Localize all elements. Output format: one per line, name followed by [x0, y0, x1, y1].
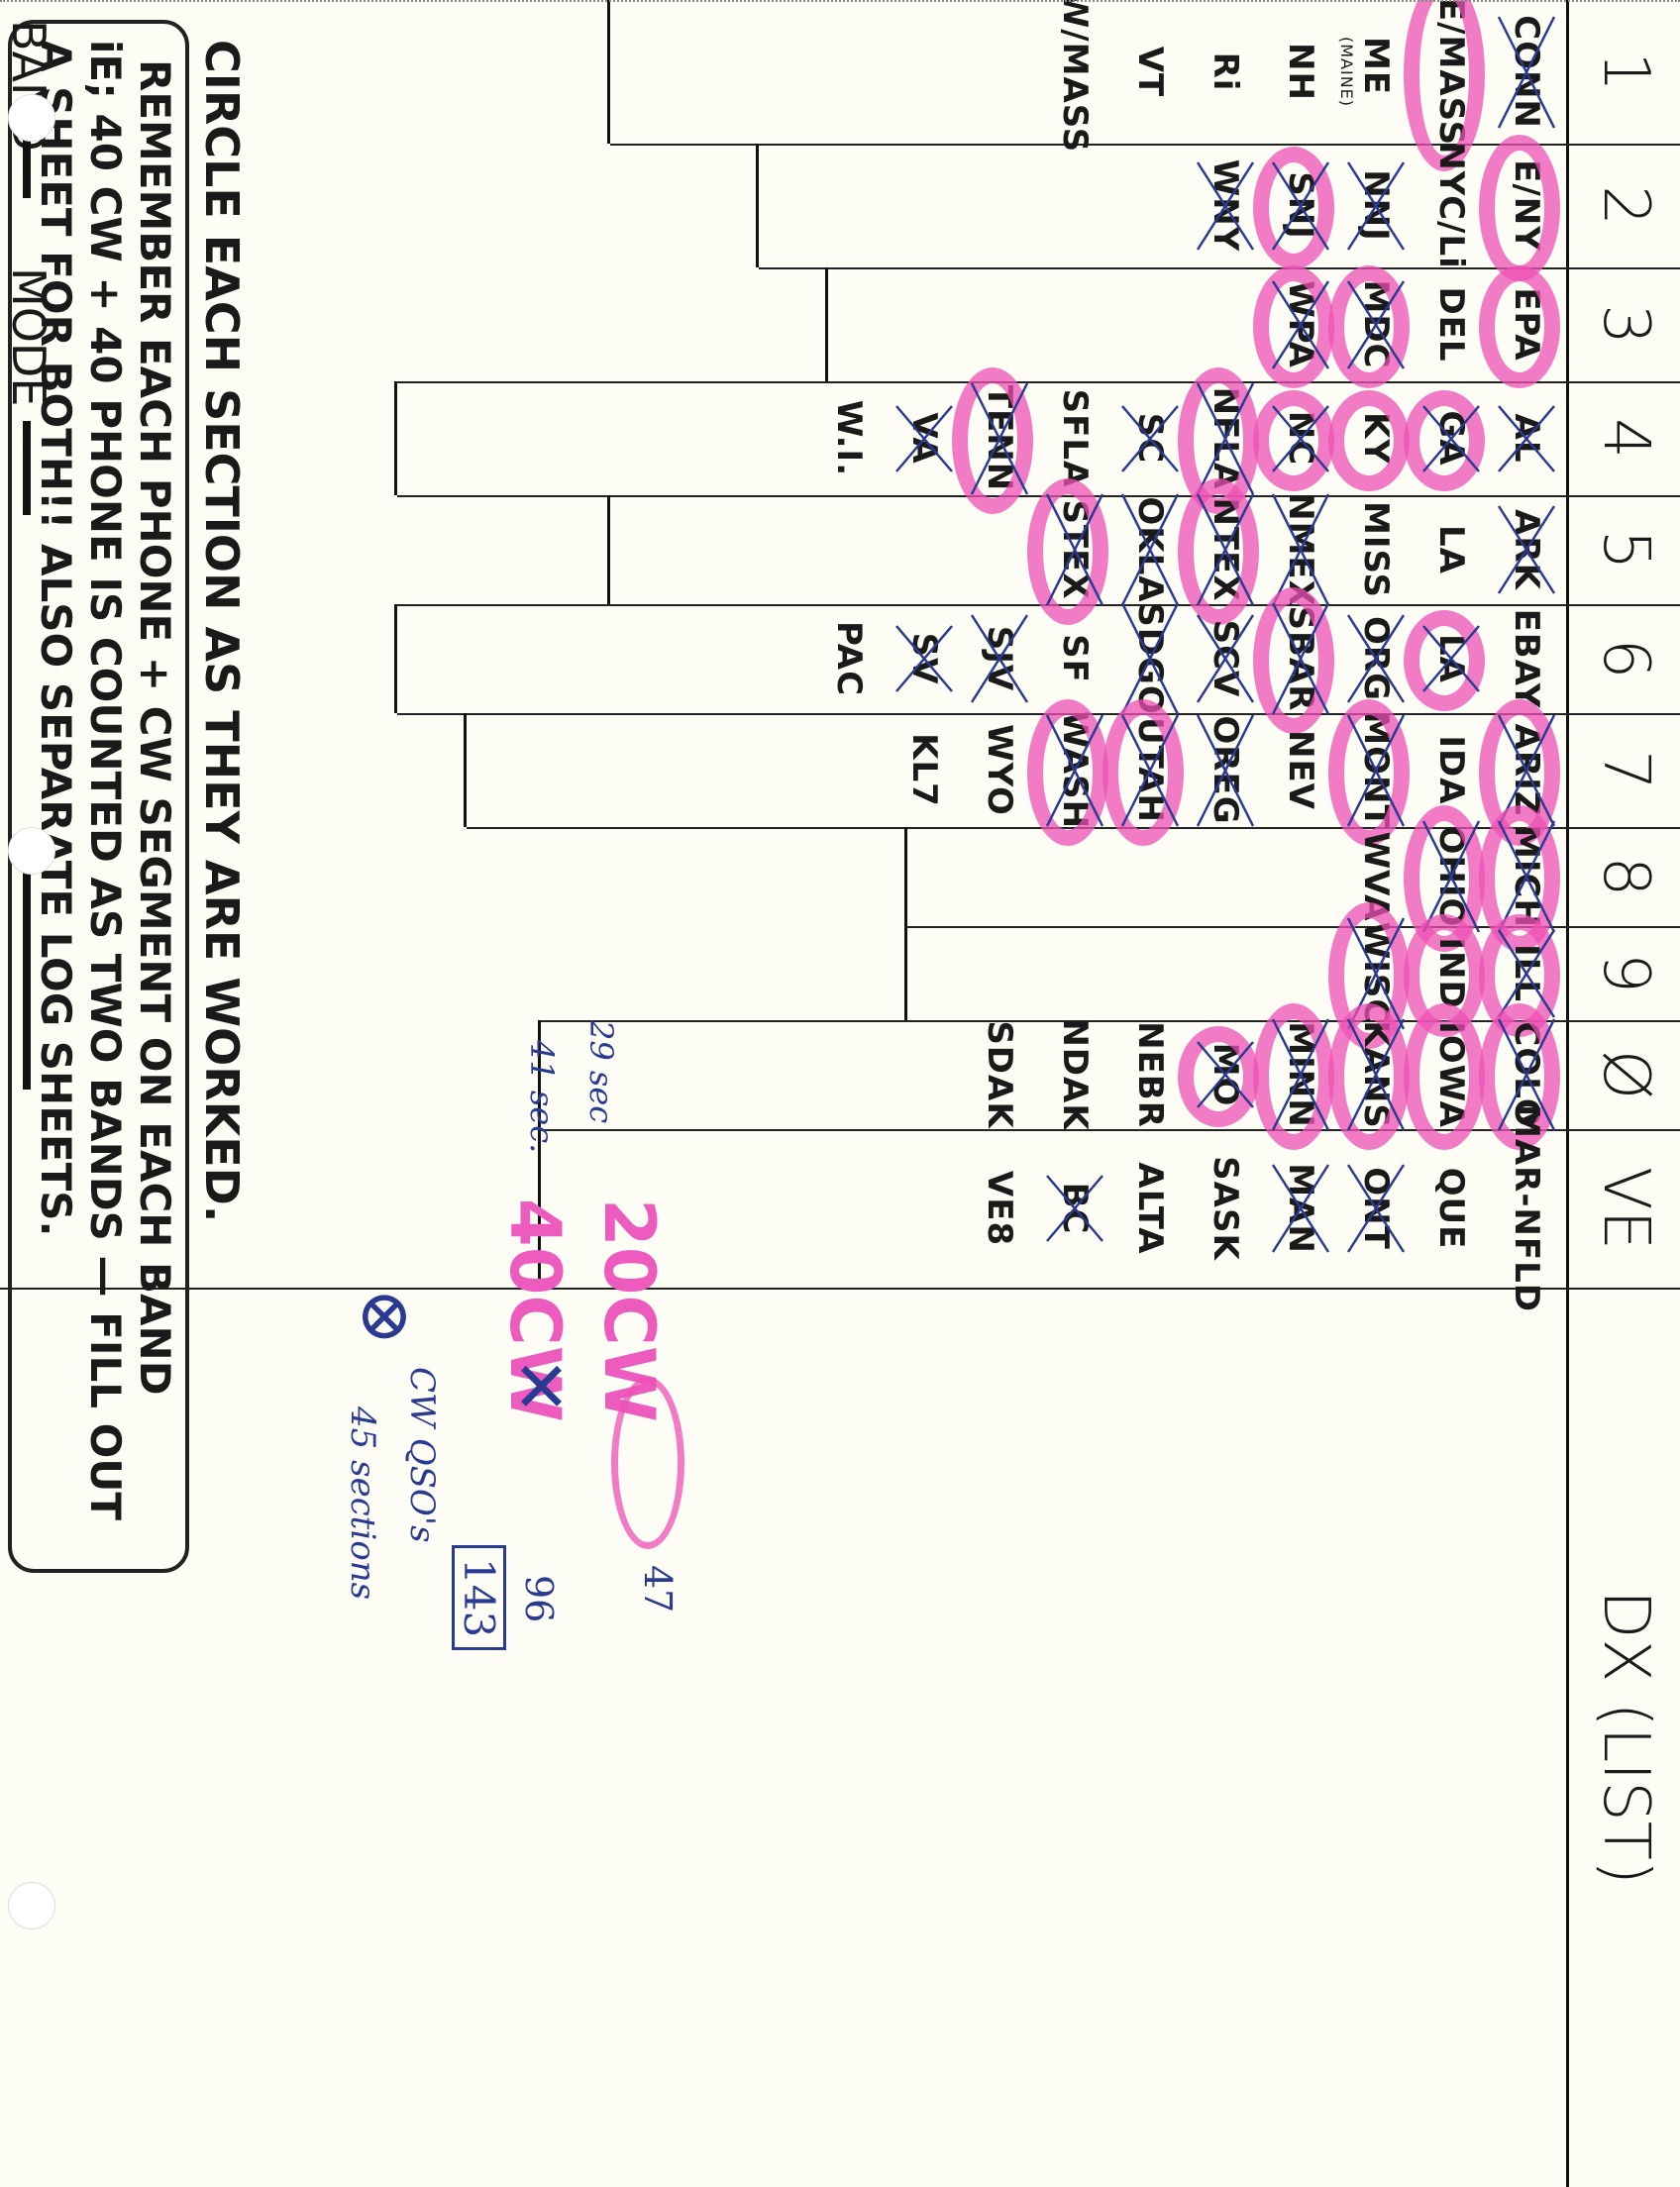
column-header: 2	[1589, 144, 1662, 267]
section-sdak[interactable]: SDAK	[980, 1020, 1019, 1128]
column-divider	[907, 926, 1680, 928]
section-vt[interactable]: VT	[1130, 47, 1170, 98]
column-divider	[397, 713, 1680, 715]
section-kans[interactable]: KANS	[1356, 1020, 1396, 1129]
column-bottom	[394, 381, 397, 495]
section-ndak[interactable]: NDAK	[1055, 1018, 1095, 1130]
section-okla[interactable]: OKLA	[1130, 496, 1170, 602]
section-ohio[interactable]: OHIO	[1431, 826, 1471, 928]
column-header: 4	[1589, 381, 1662, 495]
cw-qsos-label: CW QSO's	[402, 1367, 442, 1543]
section-sv[interactable]: SV	[904, 633, 944, 685]
section-ri[interactable]: Ri	[1206, 52, 1245, 92]
section-wmass[interactable]: W/MASS	[1055, 0, 1095, 153]
section-tenn[interactable]: TENN	[980, 385, 1019, 491]
column-header: 6	[1589, 604, 1662, 713]
reminder-line-3: A SHEET FOR BOTH!! ALSO SEPARATE LOG SHE…	[32, 40, 80, 1236]
section-sbar[interactable]: SBAR	[1281, 606, 1320, 712]
checklist-sheet: 1CONNE/MASSME(MAINE)NHRiVTW/MASS2E/NYNYC…	[0, 0, 1680, 2187]
time-note-41: 41 sec.	[523, 1040, 561, 1153]
left-margin-line	[0, 0, 1680, 2]
section-miss[interactable]: MISS	[1356, 501, 1396, 598]
section-mo[interactable]: MO	[1206, 1043, 1245, 1107]
column-header: 5	[1589, 495, 1662, 604]
section-stex[interactable]: STEX	[1055, 499, 1095, 599]
column-header: 8	[1589, 827, 1662, 926]
section-oreg[interactable]: OREG	[1206, 715, 1245, 824]
column-bottom	[825, 267, 828, 381]
section-ida[interactable]: IDA	[1431, 735, 1471, 804]
section-org[interactable]: ORG	[1356, 616, 1396, 701]
column-bottom	[607, 0, 610, 144]
section-wash[interactable]: WASH	[1055, 711, 1095, 829]
section-que[interactable]: QUE	[1431, 1168, 1471, 1250]
section-kl7[interactable]: KL7	[904, 733, 944, 807]
column-bottom	[904, 926, 907, 1020]
section-nmex[interactable]: NMEX	[1281, 492, 1320, 607]
section-ga[interactable]: GA	[1431, 410, 1471, 466]
total-box: 143	[452, 1545, 506, 1650]
section-scv[interactable]: SCV	[1206, 620, 1245, 698]
column-divider	[397, 381, 1680, 383]
column-divider	[397, 495, 1680, 497]
section-mich[interactable]: MICH	[1507, 825, 1546, 928]
column-divider	[397, 604, 1680, 606]
section-la[interactable]: LA	[1431, 525, 1471, 574]
column-bottom	[464, 713, 467, 827]
column-header: 3	[1589, 267, 1662, 381]
section-sfla[interactable]: SFLA	[1055, 389, 1095, 488]
section-sdgo[interactable]: SDGO	[1130, 602, 1170, 715]
count-96: 96	[517, 1575, 561, 1622]
extra-blank	[23, 842, 31, 1090]
section-sjv[interactable]: SJV	[980, 626, 1019, 691]
section-del[interactable]: DEL	[1431, 286, 1471, 362]
section-emass[interactable]: E/MASS	[1431, 0, 1471, 146]
section-iowa[interactable]: IOWA	[1431, 1021, 1471, 1128]
section-epa[interactable]: EPA	[1507, 287, 1546, 361]
section-mdc[interactable]: MDC	[1356, 279, 1396, 368]
column-header: 9	[1589, 926, 1662, 1020]
section-wyo[interactable]: WYO	[980, 724, 1019, 816]
section-ill[interactable]: ILL	[1507, 944, 1546, 1002]
column-divider	[610, 144, 1680, 146]
section-nh[interactable]: NH	[1281, 43, 1320, 101]
section-conn[interactable]: CONN	[1507, 15, 1546, 129]
section-ark[interactable]: ARK	[1507, 509, 1546, 590]
column-header: Ø	[1589, 1020, 1662, 1129]
column-header: 7	[1589, 713, 1662, 827]
section-al[interactable]: AL	[1507, 414, 1546, 464]
time-note-29: 29 sec	[582, 1020, 620, 1123]
mode-label: MODE	[2, 267, 55, 406]
column-header: 1	[1589, 0, 1662, 144]
section-man[interactable]: MAN	[1281, 1163, 1320, 1254]
section-minn[interactable]: MINN	[1281, 1021, 1320, 1127]
section-wisc[interactable]: WISC	[1356, 922, 1396, 1025]
section-nycli[interactable]: NYC/Li	[1431, 142, 1471, 269]
section-nc[interactable]: NC	[1281, 411, 1320, 466]
section-wny[interactable]: WNY	[1206, 159, 1245, 253]
section-nfla[interactable]: NFLA	[1206, 387, 1245, 490]
section-nnj[interactable]: NNJ	[1356, 169, 1396, 242]
section-ind[interactable]: IND	[1431, 937, 1471, 1008]
column-header: DX (LIST)	[1589, 1288, 1662, 2187]
section-wpa[interactable]: WPA	[1281, 280, 1320, 368]
reminder-line-2: iE; 40 CW + 40 PHONE IS COUNTED AS TWO B…	[81, 40, 130, 1520]
column-bottom	[394, 604, 397, 713]
count-47: 47	[636, 1565, 680, 1613]
section-marnfld[interactable]: MAR-NFLD	[1507, 1104, 1546, 1312]
column-bottom	[607, 495, 610, 604]
column-header: VE	[1589, 1129, 1662, 1288]
section-bc[interactable]: BC	[1055, 1183, 1095, 1235]
section-nev[interactable]: NEV	[1281, 730, 1320, 810]
punch-hole	[8, 1882, 55, 1929]
column-bottom	[756, 144, 759, 267]
section-wi[interactable]: W.I.	[829, 400, 869, 476]
header-divider	[1566, 0, 1569, 2187]
section-ve8[interactable]: VE8	[980, 1171, 1019, 1246]
column-divider	[759, 267, 1680, 269]
section-sf[interactable]: SF	[1055, 634, 1095, 683]
section-mont[interactable]: MONT	[1356, 711, 1396, 828]
cross-mark: ✕	[499, 1357, 580, 1415]
scribble-icon: ⊗	[346, 1288, 427, 1346]
section-ntex[interactable]: NTEX	[1206, 497, 1245, 601]
section-ebay[interactable]: EBAY	[1507, 609, 1546, 709]
section-alta[interactable]: ALTA	[1130, 1162, 1170, 1254]
reminder-line-1: REMEMBER EACH PHONE + CW SEGMENT ON EACH…	[131, 59, 179, 1396]
section-pac[interactable]: PAC	[829, 621, 869, 696]
band-20cw: 20CW	[588, 1198, 670, 1422]
section-nebr[interactable]: NEBR	[1130, 1021, 1170, 1128]
section-la[interactable]: LA	[1431, 634, 1471, 683]
section-va[interactable]: VA	[904, 412, 944, 464]
column-divider	[0, 1288, 1680, 1290]
mode-blank	[23, 421, 31, 515]
section-me[interactable]: ME(MAINE)	[1337, 37, 1396, 107]
punch-hole	[8, 94, 55, 142]
sections-count: 45 sections	[343, 1406, 382, 1600]
section-sask[interactable]: SASK	[1206, 1156, 1245, 1261]
section-ariz[interactable]: ARIZ	[1507, 724, 1546, 817]
section-ky[interactable]: KY	[1356, 412, 1396, 465]
circle-instruction: CIRCLE EACH SECTION AS THEY ARE WORKED.	[195, 40, 249, 1222]
section-ont[interactable]: ONT	[1356, 1167, 1396, 1250]
section-utah[interactable]: UTAH	[1130, 717, 1170, 823]
punch-hole	[8, 827, 55, 875]
section-eny[interactable]: E/NY	[1507, 159, 1546, 252]
section-wva[interactable]: WVA	[1356, 832, 1396, 922]
section-sc[interactable]: SC	[1130, 413, 1170, 464]
section-snj[interactable]: SNJ	[1281, 171, 1320, 240]
column-bottom	[904, 827, 907, 926]
